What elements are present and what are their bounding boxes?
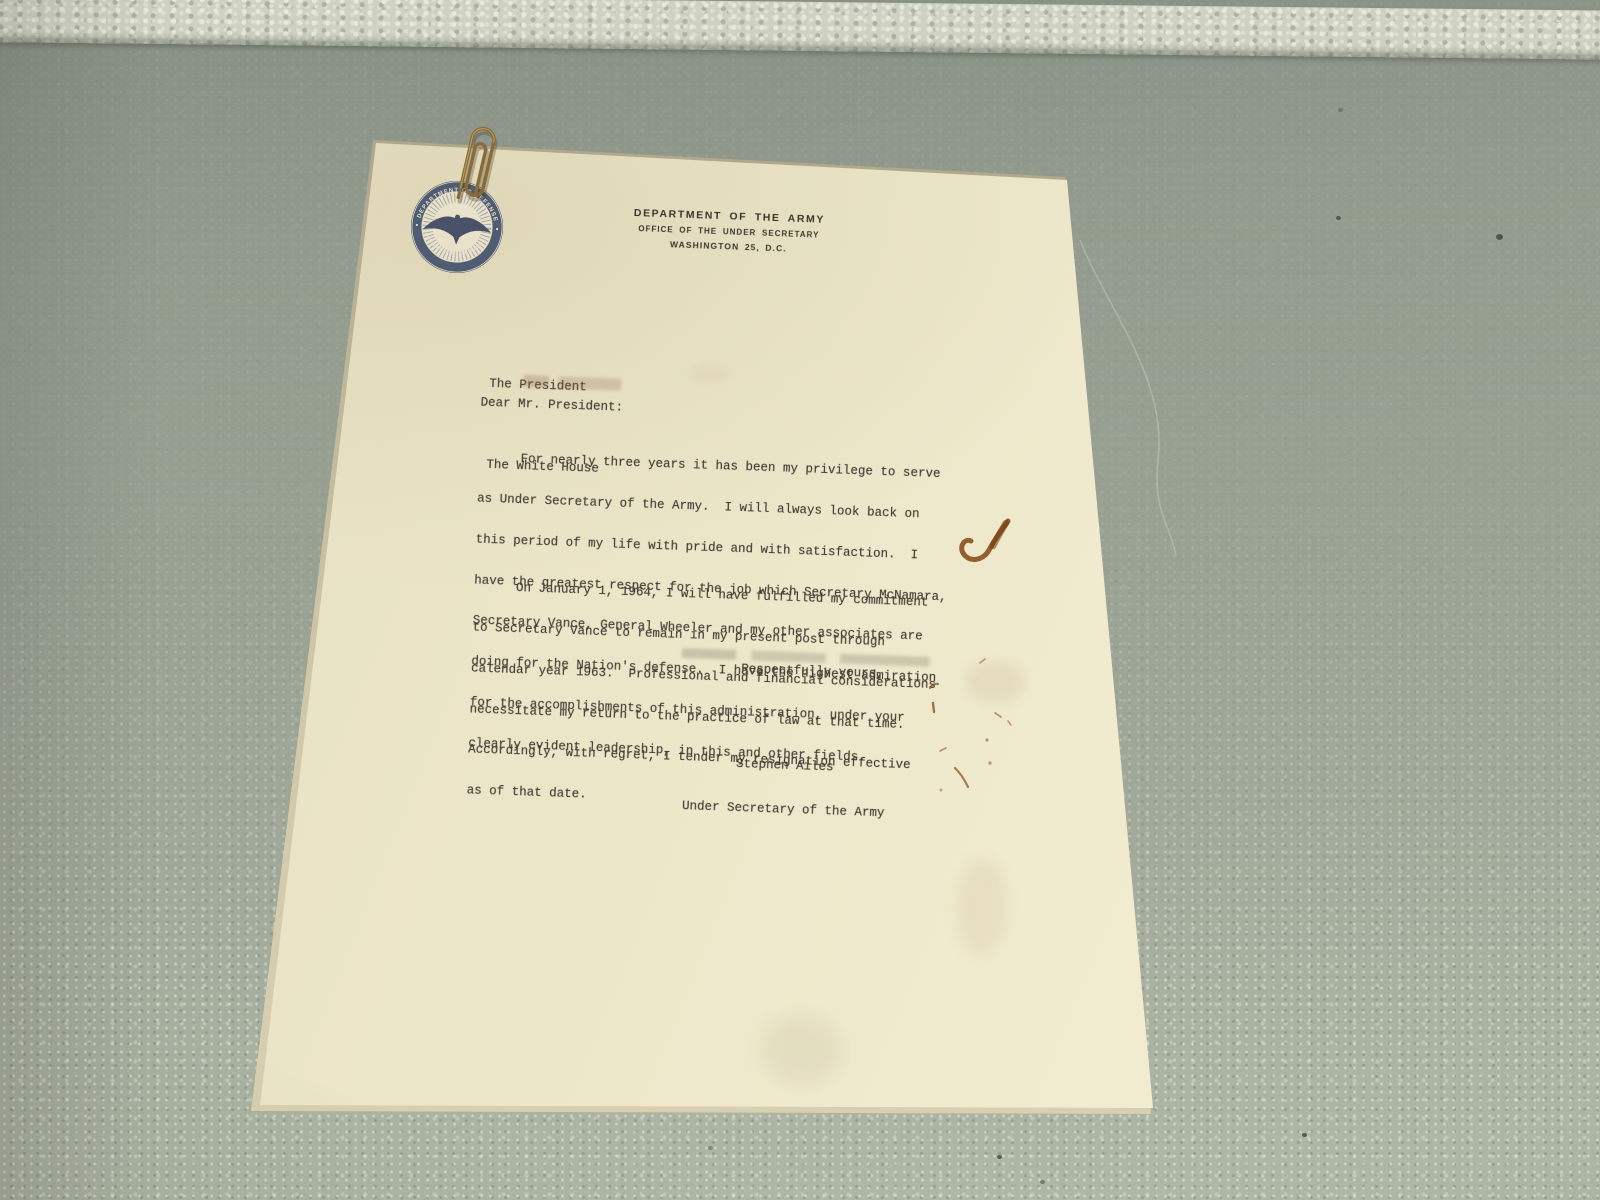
body-line: as Under Secretary of the Army. I will a… [477,492,950,522]
photo-scene: DEPARTMENT OF THE ARMY OFFICE OF THE UND… [0,0,1600,1200]
signature-block: Stephen Ailes Under Secretary of the Arm… [679,726,889,850]
body-line: to Secretary Vance to remain in my prese… [472,621,937,651]
signature-name: Stephen Ailes [682,755,888,777]
body-line: For nearly three years it has been my pr… [478,452,951,482]
signature-title: Under Secretary of the Army [680,799,886,821]
wall-specks [0,0,5,4]
rust-stain-marks [910,505,1030,805]
body-line: On January 1, 1964, I will have fulfille… [474,581,939,611]
